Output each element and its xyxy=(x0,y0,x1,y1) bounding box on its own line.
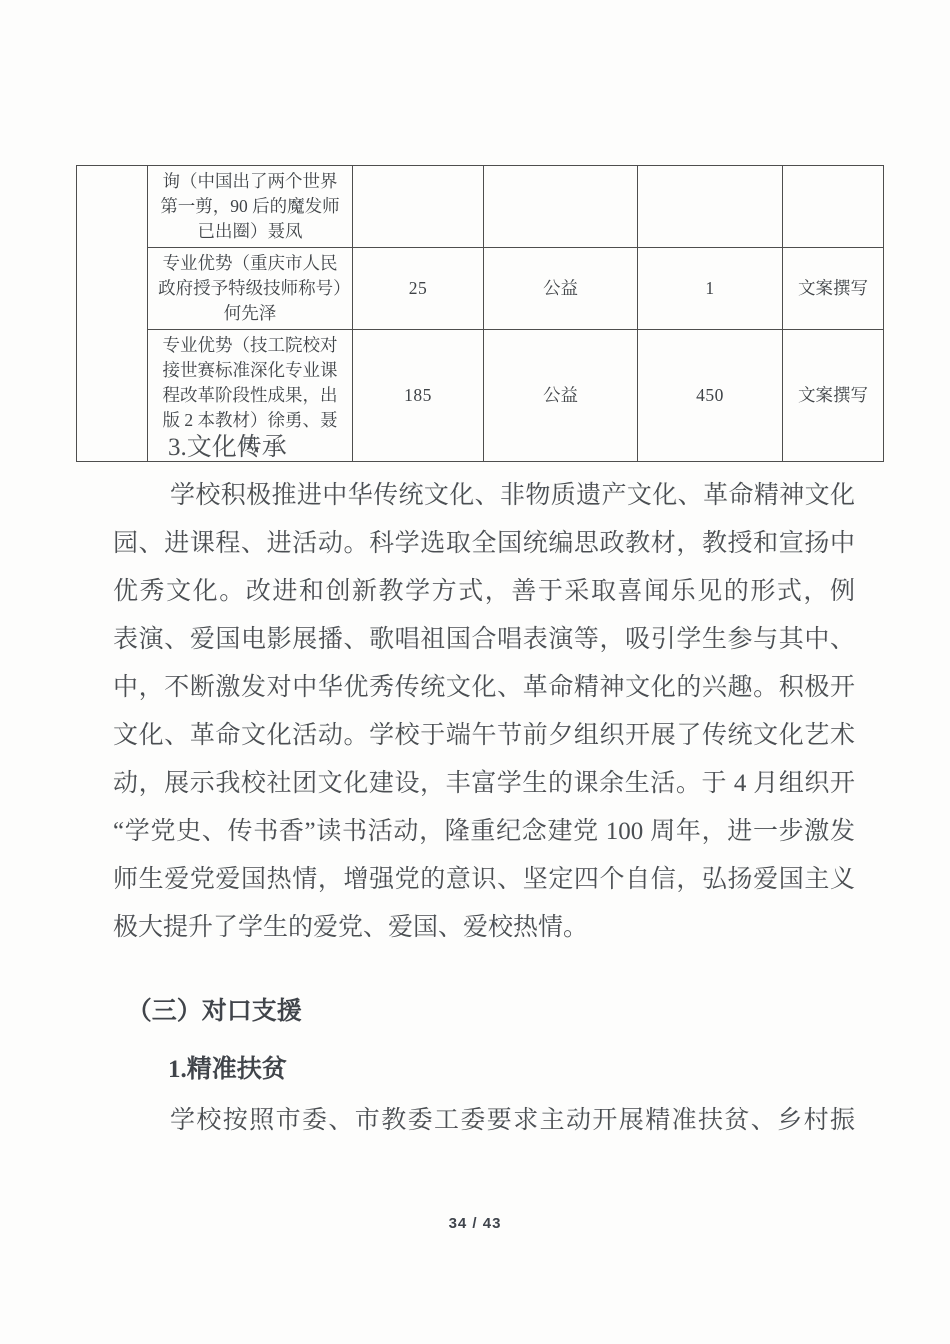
heading-counterpart-support: （三）对口支援 xyxy=(113,988,855,1036)
heading-culture-heritage: 3.文化传承 xyxy=(113,424,855,472)
document-page: 询（中国出了两个世界第一剪，90 后的魔发师已出圈）聂凤 专业优势（重庆市人民政… xyxy=(0,0,950,1344)
paragraph-line: “学党史、传书香”读书活动，隆重纪念建党 100 周年，进一步激发全体 xyxy=(113,808,855,856)
paragraph-line: 师生爱党爱国热情，增强党的意识、坚定四个自信，弘扬爱国主义精神， xyxy=(113,856,855,904)
table-cell-role xyxy=(783,166,884,248)
paragraph-line: 学校积极推进中华传统文化、非物质遗产文化、革命精神文化等进校 xyxy=(113,472,855,520)
table-cell-title: 询（中国出了两个世界第一剪，90 后的魔发师已出圈）聂凤 xyxy=(148,166,353,248)
table-cell-type xyxy=(484,166,638,248)
table-cell-value: 25 xyxy=(353,248,484,330)
table-cell-count xyxy=(638,166,783,248)
paragraph-line: 文化、革命文化活动。学校于端午节前夕组织开展了传统文化艺术展示活 xyxy=(113,712,855,760)
table-cell-title: 专业优势（重庆市人民政府授予特级技师称号）何先泽 xyxy=(148,248,353,330)
document-body: 3.文化传承 学校积极推进中华传统文化、非物质遗产文化、革命精神文化等进校 园、… xyxy=(113,424,855,1145)
table-cell-count: 1 xyxy=(638,248,783,330)
paragraph-line: 动，展示我校社团文化建设，丰富学生的课余生活。于 4 月组织开展了 xyxy=(113,760,855,808)
paragraph-line: 园、进课程、进活动。科学选取全国统编思政教材，教授和宣扬中国传统 xyxy=(113,520,855,568)
paragraph-line: 优秀文化。改进和创新教学方式，善于采取喜闻乐见的形式，例如，课堂 xyxy=(113,568,855,616)
paragraph-line: 极大提升了学生的爱党、爱国、爱校热情。 xyxy=(113,904,855,952)
table-row: 专业优势（重庆市人民政府授予特级技师称号）何先泽 25 公益 1 文案撰写 xyxy=(77,248,884,330)
table-cell-category xyxy=(77,166,148,462)
table-row: 询（中国出了两个世界第一剪，90 后的魔发师已出圈）聂凤 xyxy=(77,166,884,248)
page-number: 34 / 43 xyxy=(0,1215,950,1232)
heading-targeted-poverty-alleviation: 1.精准扶贫 xyxy=(113,1046,855,1094)
table-cell-type: 公益 xyxy=(484,248,638,330)
table-cell-role: 文案撰写 xyxy=(783,248,884,330)
table-cell-value xyxy=(353,166,484,248)
paragraph-line: 表演、爱国电影展播、歌唱祖国合唱表演等，吸引学生参与其中、乐在其 xyxy=(113,616,855,664)
paragraph-culture: 学校积极推进中华传统文化、非物质遗产文化、革命精神文化等进校 园、进课程、进活动… xyxy=(113,472,855,952)
publicity-achievements-table: 询（中国出了两个世界第一剪，90 后的魔发师已出圈）聂凤 专业优势（重庆市人民政… xyxy=(76,165,884,462)
paragraph-poverty: 学校按照市委、市教委工委要求主动开展精准扶贫、乡村振兴、美丽 xyxy=(113,1097,855,1145)
paragraph-line: 中，不断激发对中华优秀传统文化、革命精神文化的兴趣。积极开展传统 xyxy=(113,664,855,712)
paragraph-line: 学校按照市委、市教委工委要求主动开展精准扶贫、乡村振兴、美丽 xyxy=(113,1097,855,1145)
